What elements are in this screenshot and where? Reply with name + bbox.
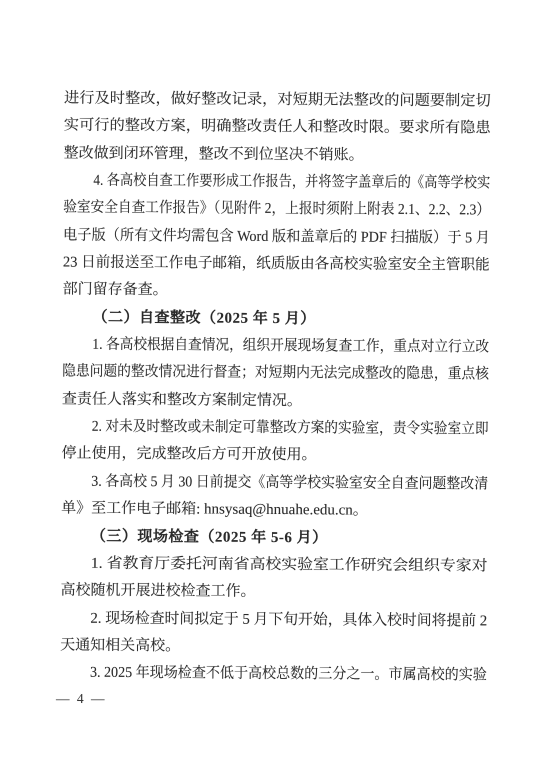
- line-text: （三）现场检查（2025 年 5-6 月）: [91, 523, 328, 552]
- document-body: 进行及时整改，做好整改记录，对短期无法整改的问题要制定切实可行的整改方案，明确整…: [60, 86, 491, 691]
- document-line: 1. 省教育厅委托河南省高校实验室工作研究会组织专家对: [61, 550, 488, 580]
- line-text: 23 日前报送至工作电子邮箱，纸质版由各高校实验室安全主管职能: [63, 250, 490, 280]
- document-line: 实可行的整改方案，明确整改责任人和整改时限。要求所有隐患: [64, 113, 491, 143]
- document-line: 整改做到闭环管理，整改不到位坚决不销账。: [64, 140, 491, 170]
- document-line: 查责任人落实和整改方案制定情况。: [62, 386, 489, 416]
- document-line: 隐患问题的整改情况进行督查；对短期内无法完成整改的隐患，重点核: [62, 359, 489, 389]
- line-text: 4. 各高校自查工作要形成工作报告，并将签字盖章后的《高等学校实: [93, 168, 490, 198]
- line-text: 电子版（所有文件均需包含 Word 版和盖章后的 PDF 扫描版）于 5 月: [63, 222, 490, 252]
- line-text: （二）自查整改（2025 年 5 月）: [92, 304, 315, 333]
- line-text: 隐患问题的整改情况进行督查；对短期内无法完成整改的隐患，重点核: [62, 359, 489, 389]
- document-page: 进行及时整改，做好整改记录，对短期无法整改的问题要制定切实可行的整改方案，明确整…: [0, 0, 550, 778]
- document-line: 3. 各高校 5 月 30 日前提交《高等学校实验室安全自查问题整改清: [61, 468, 488, 498]
- line-text: 高校随机开展进校检查工作。: [60, 578, 255, 607]
- document-line: 进行及时整改，做好整改记录，对短期无法整改的问题要制定切: [64, 86, 491, 116]
- line-text: 单》至工作电子邮箱: hnsysaq@hnuahe.edu.cn。: [61, 496, 368, 525]
- line-text: 整改做到闭环管理，整改不到位坚决不销账。: [64, 140, 364, 169]
- document-line: 天通知相关高校。: [60, 632, 487, 662]
- line-text: 验室安全自查工作报告》（见附件 2，上报时须附上附表 2.1、2.2、2.3）: [63, 195, 490, 225]
- line-text: 进行及时整改，做好整改记录，对短期无法整改的问题要制定切: [64, 86, 491, 116]
- section-heading: （三）现场检查（2025 年 5-6 月）: [61, 523, 488, 553]
- document-line: 23 日前报送至工作电子邮箱，纸质版由各高校实验室安全主管职能: [63, 250, 490, 280]
- line-text: 查责任人落实和整改方案制定情况。: [62, 386, 302, 415]
- document-line: 4. 各高校自查工作要形成工作报告，并将签字盖章后的《高等学校实: [63, 168, 490, 198]
- line-text: 1. 各高校根据自查情况，组织开展现场复查工作，重点对立行立改: [92, 332, 489, 362]
- line-text: 天通知相关高校。: [60, 632, 180, 660]
- page-number: — 4 —: [56, 691, 107, 707]
- document-line: 验室安全自查工作报告》（见附件 2，上报时须附上附表 2.1、2.2、2.3）: [63, 195, 490, 225]
- line-text: 部门留存备查。: [63, 277, 168, 305]
- line-text: 1. 省教育厅委托河南省高校实验室工作研究会组织专家对: [91, 551, 488, 581]
- document-line: 停止使用，完成整改后方可开放使用。: [61, 441, 488, 471]
- line-text: 实可行的整改方案，明确整改责任人和整改时限。要求所有隐患: [64, 113, 491, 143]
- line-text: 停止使用，完成整改后方可开放使用。: [61, 441, 316, 470]
- document-line: 单》至工作电子邮箱: hnsysaq@hnuahe.edu.cn。: [61, 496, 488, 526]
- document-line: 2. 现场检查时间拟定于 5 月下旬开始，具体入校时间将提前 2: [60, 605, 487, 635]
- line-text: 3. 2025 年现场检查不低于高校总数的三分之一。市属高校的实验: [90, 660, 487, 690]
- document-line: 部门留存备查。: [63, 277, 490, 307]
- document-line: 电子版（所有文件均需包含 Word 版和盖章后的 PDF 扫描版）于 5 月: [63, 222, 490, 252]
- line-text: 3. 各高校 5 月 30 日前提交《高等学校实验室安全自查问题整改清: [91, 469, 488, 499]
- document-line: 高校随机开展进校检查工作。: [60, 578, 487, 608]
- line-text: 2. 现场检查时间拟定于 5 月下旬开始，具体入校时间将提前 2: [90, 605, 487, 635]
- document-line: 2. 对未及时整改或未制定可靠整改方案的实验室，责令实验室立即: [62, 414, 489, 444]
- document-line: 1. 各高校根据自查情况，组织开展现场复查工作，重点对立行立改: [62, 332, 489, 362]
- document-line: 3. 2025 年现场检查不低于高校总数的三分之一。市属高校的实验: [60, 660, 487, 690]
- section-heading: （二）自查整改（2025 年 5 月）: [62, 304, 489, 334]
- line-text: 2. 对未及时整改或未制定可靠整改方案的实验室，责令实验室立即: [92, 414, 489, 444]
